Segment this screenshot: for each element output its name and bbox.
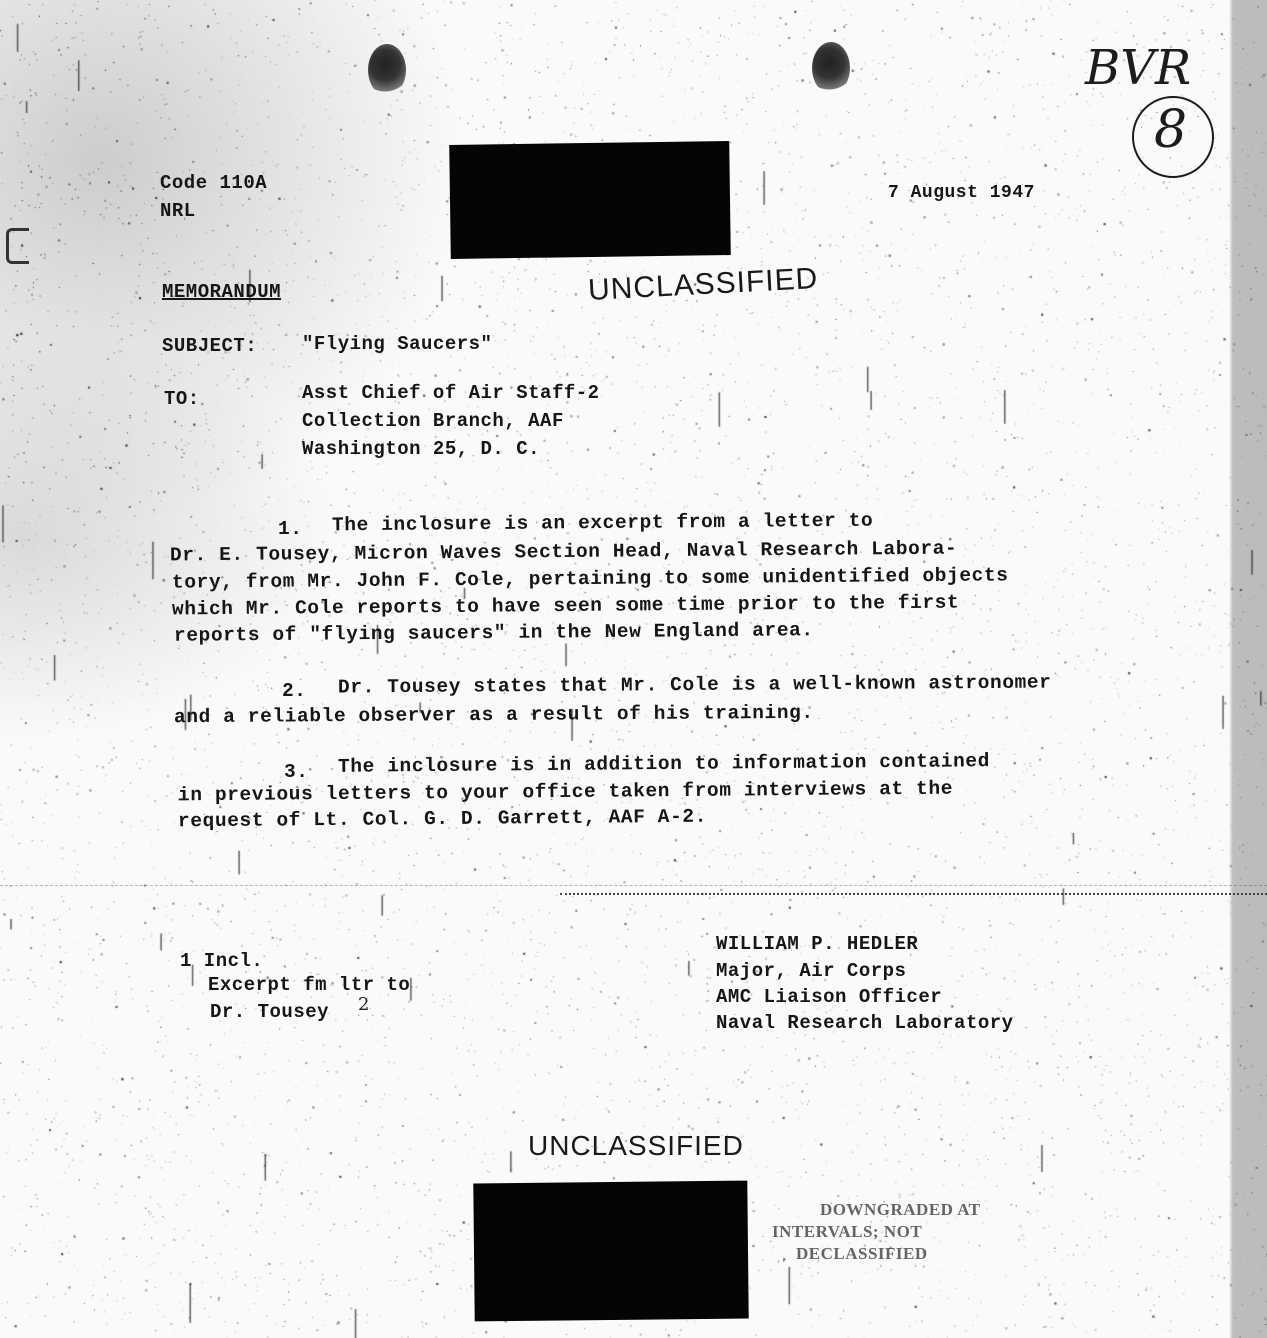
- subject-value: "Flying Saucers": [302, 335, 492, 354]
- downgrade-line: DOWNGRADED AT: [820, 1200, 981, 1220]
- enclosure-line: Excerpt fm ltr to: [208, 976, 410, 995]
- office-code: NRL: [160, 202, 196, 221]
- redaction-bottom: [473, 1181, 748, 1322]
- enclosure-count: 1 Incl.: [180, 952, 263, 971]
- to-line: Washington 25, D. C.: [302, 440, 540, 459]
- code-number: Code 110A: [160, 174, 267, 193]
- enclosure-line: Dr. Tousey: [210, 1003, 329, 1022]
- handwritten-number: 8: [1154, 100, 1187, 160]
- paragraph-number: 1.: [278, 520, 303, 540]
- enclosure-handwritten-mark: 2: [358, 994, 369, 1015]
- hole-punch-right: [812, 42, 850, 94]
- document-type: MEMORANDUM: [162, 283, 281, 302]
- signature-rank: Major, Air Corps: [716, 962, 906, 981]
- paragraph-line: The inclosure is an excerpt from a lette…: [332, 512, 873, 536]
- handwritten-initials: BVR: [1085, 40, 1191, 96]
- paragraph-line: request of Lt. Col. G. D. Garrett, AAF A…: [178, 808, 707, 832]
- signature-name: WILLIAM P. HEDLER: [716, 935, 918, 954]
- downgrade-line: INTERVALS; NOT: [772, 1222, 922, 1242]
- scan-artifact-line: [560, 893, 1267, 895]
- classification-stamp-bottom: UNCLASSIFIED: [528, 1130, 744, 1162]
- paragraph-number: 2.: [282, 682, 307, 702]
- paragraph-number: 3.: [284, 763, 309, 783]
- signature-organization: Naval Research Laboratory: [716, 1014, 1014, 1033]
- signature-title: AMC Liaison Officer: [716, 988, 942, 1007]
- hole-punch-left: [368, 44, 406, 96]
- to-line: Asst Chief of Air Staff-2: [302, 384, 600, 403]
- to-label: TO:: [164, 390, 200, 409]
- redaction-top: [449, 141, 731, 259]
- edge-mark: [6, 228, 29, 264]
- scan-artifact-line: [0, 885, 1267, 886]
- to-line: Collection Branch, AAF: [302, 412, 564, 431]
- subject-label: SUBJECT:: [162, 337, 257, 356]
- downgrade-line: DECLASSIFIED: [796, 1244, 928, 1264]
- memo-date: 7 August 1947: [888, 184, 1035, 202]
- paragraph-line: and a reliable observer as a result of h…: [174, 704, 814, 728]
- handwritten-number-circle: 8: [1132, 96, 1214, 178]
